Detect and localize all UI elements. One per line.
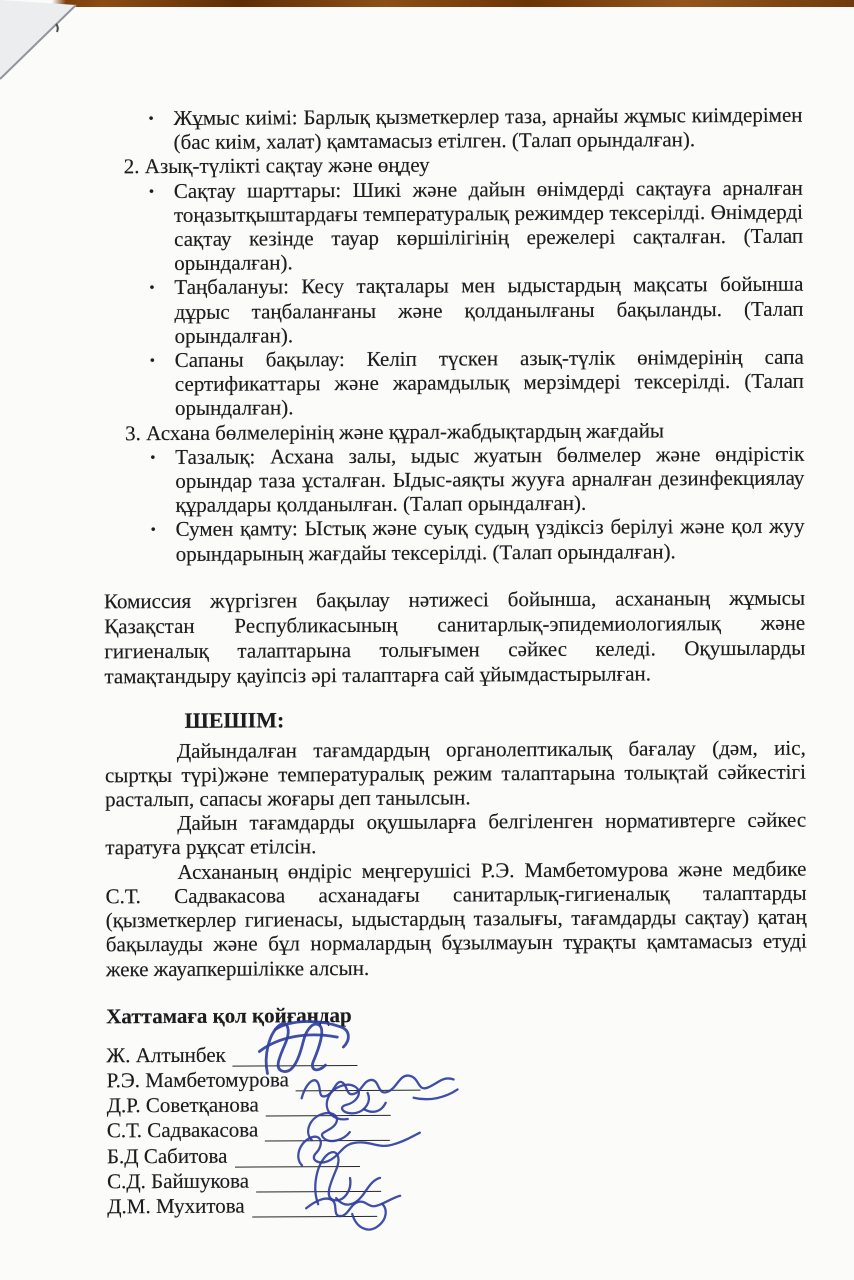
signatories-heading: Хаттамаға қол қойғандар: [106, 999, 807, 1030]
decision-paragraph: Дайын тағамдарды оқушыларға белгіленген …: [105, 808, 806, 860]
signature-row: С.Д. Байшукова: [107, 1165, 808, 1194]
bullet-item-water-supply: Сумен қамту: Ыстық және суық судың үздік…: [104, 514, 805, 566]
signatory-name: Д.Р. Советқанова: [107, 1093, 259, 1118]
section-3-number: 3.: [125, 421, 141, 445]
section-2-number: 2.: [124, 155, 140, 179]
signature-row: Б.Д Сабитова: [107, 1140, 808, 1169]
conclusion-paragraph: Комиссия жүргізген бақылау нәтижесі бойы…: [104, 586, 806, 690]
signature-block: Ж. Алтынбек Р.Э. Мамбетомурова Д.Р. Сове…: [106, 1039, 808, 1219]
signature-row: С.Т. Садвакасова: [107, 1115, 808, 1144]
signature-line: [233, 1053, 358, 1067]
decision-paragraph: Дайындалған тағамдардың органолептикалық…: [105, 735, 806, 811]
bullet-item-quality-control: Сапаны бақылау: Келіп түскен азық-түлік …: [103, 345, 804, 421]
bullet-list-clothing: Жұмыс киімі: Барлық қызметкерлер таза, а…: [101, 103, 802, 155]
section-2-heading: 2. Азық-түлікті сақтау және өңдеу: [124, 151, 803, 179]
signature-row: Д.Р. Советқанова: [107, 1090, 808, 1119]
signature-row: Р.Э. Мамбетомурова: [106, 1065, 807, 1094]
signature-line: [256, 1179, 381, 1193]
bullet-list-storage: Сақтау шарттары: Шикі және дайын өнімдер…: [102, 175, 804, 421]
decision-heading: ШЕШІМ:: [185, 703, 806, 733]
signatory-name: Д.М. Мухитова: [107, 1194, 245, 1219]
signature-line: [265, 1128, 390, 1142]
bullet-item-cleanliness: Тазалық: Асхана залы, ыдыс жуатын бөлмел…: [103, 441, 804, 517]
signature-row: Д.М. Мухитова: [107, 1191, 808, 1220]
signature-row: Ж. Алтынбек: [106, 1039, 807, 1068]
decision-paragraph: Асхананың өндіріс меңгерушісі Р.Э. Мамбе…: [105, 856, 807, 981]
section-3-heading: 3. Асхана бөлмелерінің және құрал-жабдық…: [125, 417, 804, 445]
section-3-title: Асхана бөлмелерінің және құрал-жабдықтар…: [146, 418, 664, 445]
bullet-list-premises: Тазалық: Асхана залы, ыдыс жуатын бөлмел…: [103, 441, 805, 566]
signature-line: [234, 1153, 359, 1167]
signatory-name: Р.Э. Мамбетомурова: [106, 1067, 289, 1092]
signatory-name: С.Т. Садвакасова: [107, 1118, 259, 1143]
document-content: Жұмыс киімі: Барлық қызметкерлер таза, а…: [101, 103, 808, 1220]
bullet-item-labeling: Таңбалануы: Кесу тақталары мен ыдыстарды…: [102, 272, 803, 348]
signatory-name: Б.Д Сабитова: [107, 1143, 228, 1168]
scanned-protocol-page: Жұмыс киімі: Барлық қызметкерлер таза, а…: [0, 0, 854, 1280]
signature-line: [252, 1204, 377, 1218]
signature-line: [296, 1078, 421, 1092]
bullet-item-storage-conditions: Сақтау шарттары: Шикі және дайын өнімдер…: [102, 175, 803, 275]
signatory-name: С.Д. Байшукова: [107, 1168, 249, 1193]
bullet-item-workwear: Жұмыс киімі: Барлық қызметкерлер таза, а…: [101, 103, 802, 155]
page-corner-fold-icon: [0, 0, 130, 95]
signature-line: [266, 1103, 391, 1117]
section-2-title: Азық-түлікті сақтау және өңдеу: [145, 153, 430, 178]
signatory-name: Ж. Алтынбек: [106, 1042, 226, 1067]
